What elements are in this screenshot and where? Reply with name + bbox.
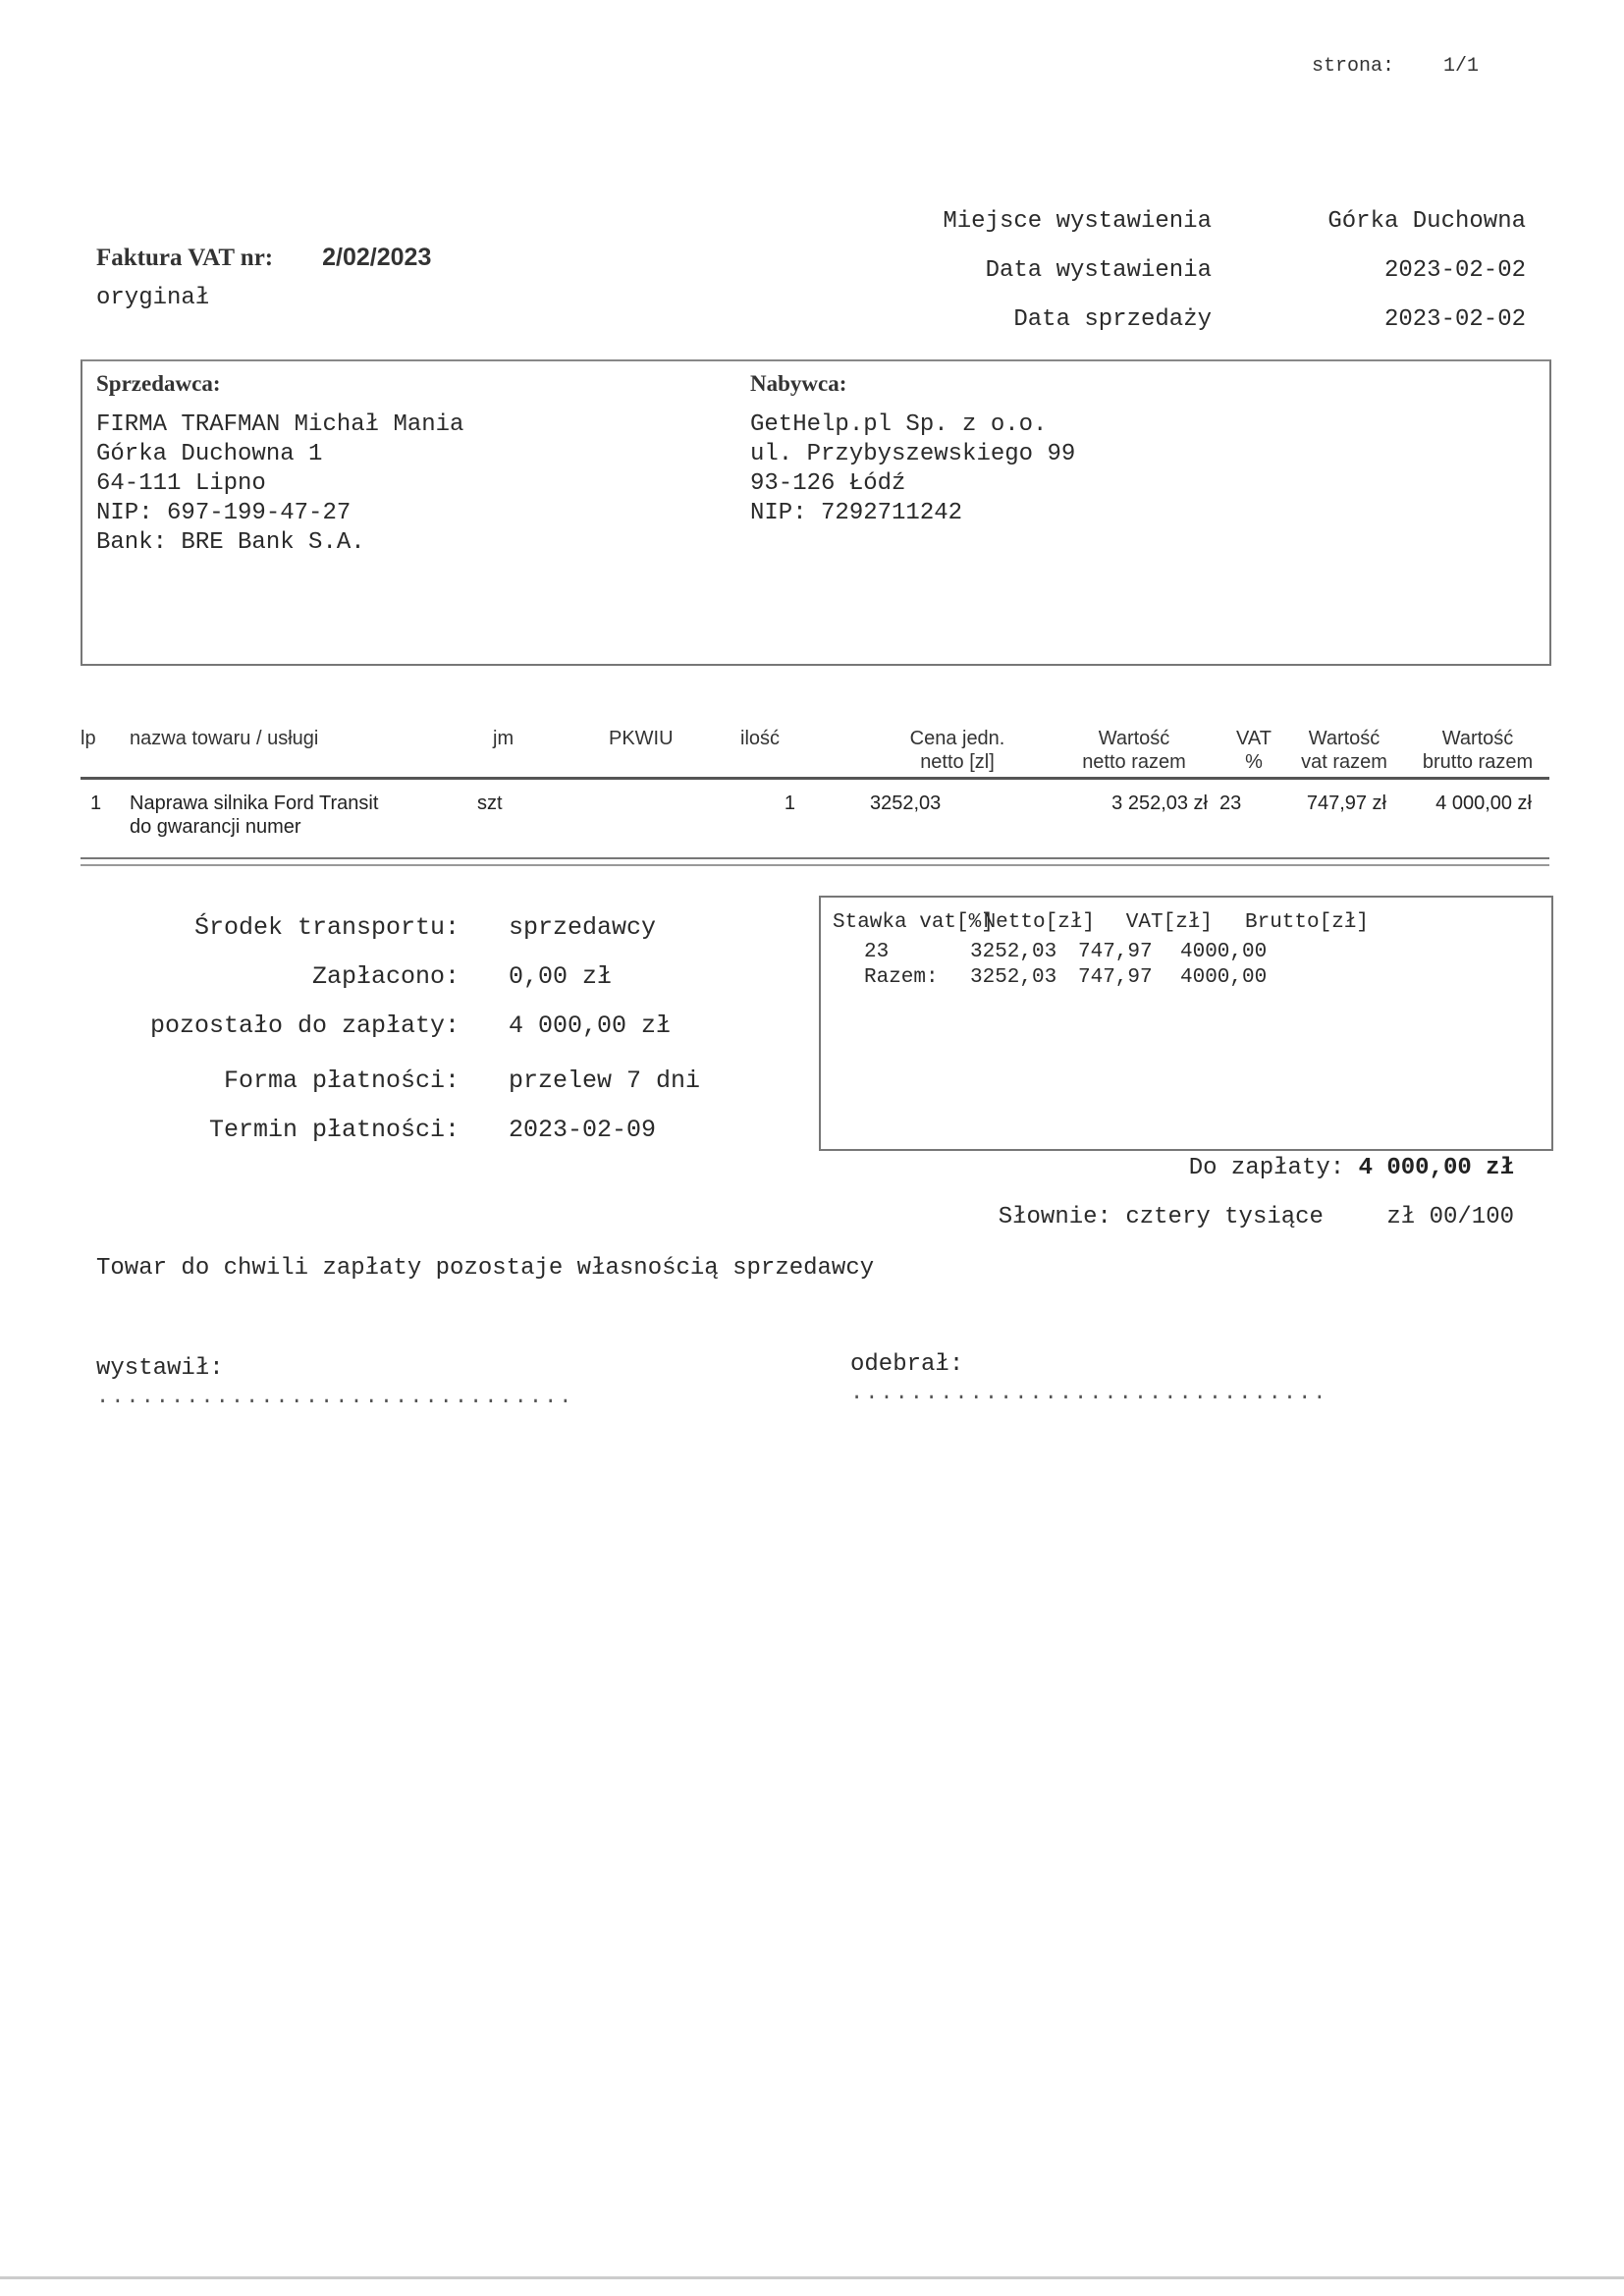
buyer-line: 93-126 Łódź — [750, 469, 1075, 499]
page-indicator: strona:1/1 — [1312, 55, 1479, 78]
table-footer-divider — [81, 857, 1549, 866]
amount-in-words: Słownie: cztery tysiące zł 00/100 — [999, 1204, 1514, 1230]
payment-method-value: przelew 7 dni — [509, 1066, 700, 1095]
col-gross-total-line2: brutto razem — [1414, 750, 1542, 774]
vat-row-vat: 747,97 — [1078, 941, 1153, 963]
sale-date-value: 2023-02-02 — [1384, 306, 1526, 333]
col-unit-price-line1: Cena jedn. — [884, 727, 1031, 750]
paid-label: Zapłacono: — [312, 962, 460, 991]
invoice-number: 2/02/2023 — [322, 244, 431, 271]
col-name: nazwa towaru / usługi — [130, 727, 318, 750]
row-unit-price: 3252,03 — [870, 792, 941, 815]
transport-value: sprzedawcy — [509, 913, 656, 942]
vat-total-label: Razem: — [864, 966, 939, 989]
col-vat-pct-line2: % — [1229, 750, 1278, 774]
seller-line: 64-111 Lipno — [96, 469, 463, 499]
remaining-label: pozostało do zapłaty: — [150, 1011, 460, 1040]
vat-col-rate: Stawka vat[%] — [833, 911, 994, 934]
page-bottom-edge — [0, 2276, 1624, 2279]
col-vat-pct: VAT % — [1229, 727, 1278, 774]
seller-line: FIRMA TRAFMAN Michał Mania — [96, 410, 463, 440]
vat-col-gross: Brutto[zł] — [1245, 911, 1369, 934]
col-net-total-line1: Wartość — [1070, 727, 1198, 750]
vat-summary-box — [819, 896, 1553, 1151]
seller-line: Górka Duchowna 1 — [96, 440, 463, 469]
vat-row-rate: 23 — [864, 941, 889, 963]
buyer-title: Nabywca: — [750, 371, 1075, 397]
payment-due-label: Termin płatności: — [209, 1116, 460, 1144]
issued-by-signature-line: ................................ — [96, 1385, 573, 1409]
buyer-line: NIP: 7292711242 — [750, 499, 1075, 528]
row-qty: 1 — [766, 792, 795, 815]
vat-row-net: 3252,03 — [970, 941, 1056, 963]
amount-fraction: zł 00/100 — [1386, 1204, 1514, 1230]
row-vat-total: 747,97 zł — [1276, 792, 1386, 815]
buyer-section: Nabywca: GetHelp.pl Sp. z o.o. ul. Przyb… — [750, 371, 1075, 528]
vat-total-vat: 747,97 — [1078, 966, 1153, 989]
ownership-note: Towar do chwili zapłaty pozostaje własno… — [96, 1255, 874, 1282]
payment-due-value: 2023-02-09 — [509, 1116, 656, 1144]
amount-due-label: Do zapłaty: — [1189, 1155, 1344, 1181]
amount-due: Do zapłaty: 4 000,00 zł — [1189, 1155, 1514, 1181]
col-vat-total-line2: vat razem — [1290, 750, 1398, 774]
seller-title: Sprzedawca: — [96, 371, 463, 397]
vat-row-gross: 4000,00 — [1180, 941, 1267, 963]
col-vat-total-line1: Wartość — [1290, 727, 1398, 750]
payment-method-label: Forma płatności: — [224, 1066, 460, 1095]
row-name: Naprawa silnika Ford Transit do gwarancj… — [130, 792, 378, 839]
seller-line: NIP: 697-199-47-27 — [96, 499, 463, 528]
col-unit-price: Cena jedn. netto [zl] — [884, 727, 1031, 774]
vat-col-net: Netto[zł] — [982, 911, 1095, 934]
vat-total-gross: 4000,00 — [1180, 966, 1267, 989]
sale-date-label: Data sprzedaży — [1013, 306, 1212, 333]
transport-label: Środek transportu: — [194, 913, 460, 942]
invoice-title-label: Faktura VAT nr: — [96, 245, 273, 271]
row-vat-pct: 23 — [1219, 792, 1241, 815]
amount-due-value: 4 000,00 zł — [1359, 1155, 1514, 1181]
issue-place-label: Miejsce wystawienia — [943, 208, 1212, 235]
row-name-line2: do gwarancji numer — [130, 815, 378, 839]
row-name-line1: Naprawa silnika Ford Transit — [130, 792, 378, 815]
col-qty: ilość — [740, 727, 780, 750]
amount-in-words-label: Słownie: — [999, 1204, 1111, 1230]
vat-col-vat: VAT[zł] — [1110, 911, 1213, 934]
row-gross-total: 4 000,00 zł — [1404, 792, 1532, 815]
received-by-label: odebrał: — [850, 1351, 963, 1378]
col-gross-total-line1: Wartość — [1414, 727, 1542, 750]
received-by-signature-line: ................................ — [850, 1381, 1327, 1405]
col-net-total: Wartość netto razem — [1070, 727, 1198, 774]
col-gross-total: Wartość brutto razem — [1414, 727, 1542, 774]
invoice-title: Faktura VAT nr:2/02/2023 — [96, 244, 431, 272]
buyer-line: ul. Przybyszewskiego 99 — [750, 440, 1075, 469]
col-vat-total: Wartość vat razem — [1290, 727, 1398, 774]
copy-type: oryginał — [96, 285, 209, 311]
page-label: strona: — [1312, 55, 1394, 78]
page-number: 1/1 — [1443, 55, 1479, 78]
buyer-line: GetHelp.pl Sp. z o.o. — [750, 410, 1075, 440]
issue-date-label: Data wystawienia — [986, 257, 1212, 284]
vat-total-net: 3252,03 — [970, 966, 1056, 989]
col-vat-pct-line1: VAT — [1229, 727, 1278, 750]
row-net-total: 3 252,03 zł — [1041, 792, 1208, 815]
col-pkwiu: PKWIU — [609, 727, 674, 750]
row-lp: 1 — [90, 792, 101, 815]
paid-value: 0,00 zł — [509, 962, 612, 991]
table-header-divider — [81, 777, 1549, 780]
issue-date-value: 2023-02-02 — [1384, 257, 1526, 284]
col-lp: lp — [81, 727, 96, 750]
seller-line: Bank: BRE Bank S.A. — [96, 528, 463, 558]
remaining-value: 4 000,00 zł — [509, 1011, 671, 1040]
amount-in-words-value: cztery tysiące — [1125, 1204, 1324, 1230]
col-unit: jm — [493, 727, 514, 750]
seller-section: Sprzedawca: FIRMA TRAFMAN Michał Mania G… — [96, 371, 463, 558]
col-unit-price-line2: netto [zl] — [884, 750, 1031, 774]
col-net-total-line2: netto razem — [1070, 750, 1198, 774]
issue-place-value: Górka Duchowna — [1327, 208, 1526, 235]
issued-by-label: wystawił: — [96, 1355, 224, 1382]
row-unit: szt — [477, 792, 503, 815]
